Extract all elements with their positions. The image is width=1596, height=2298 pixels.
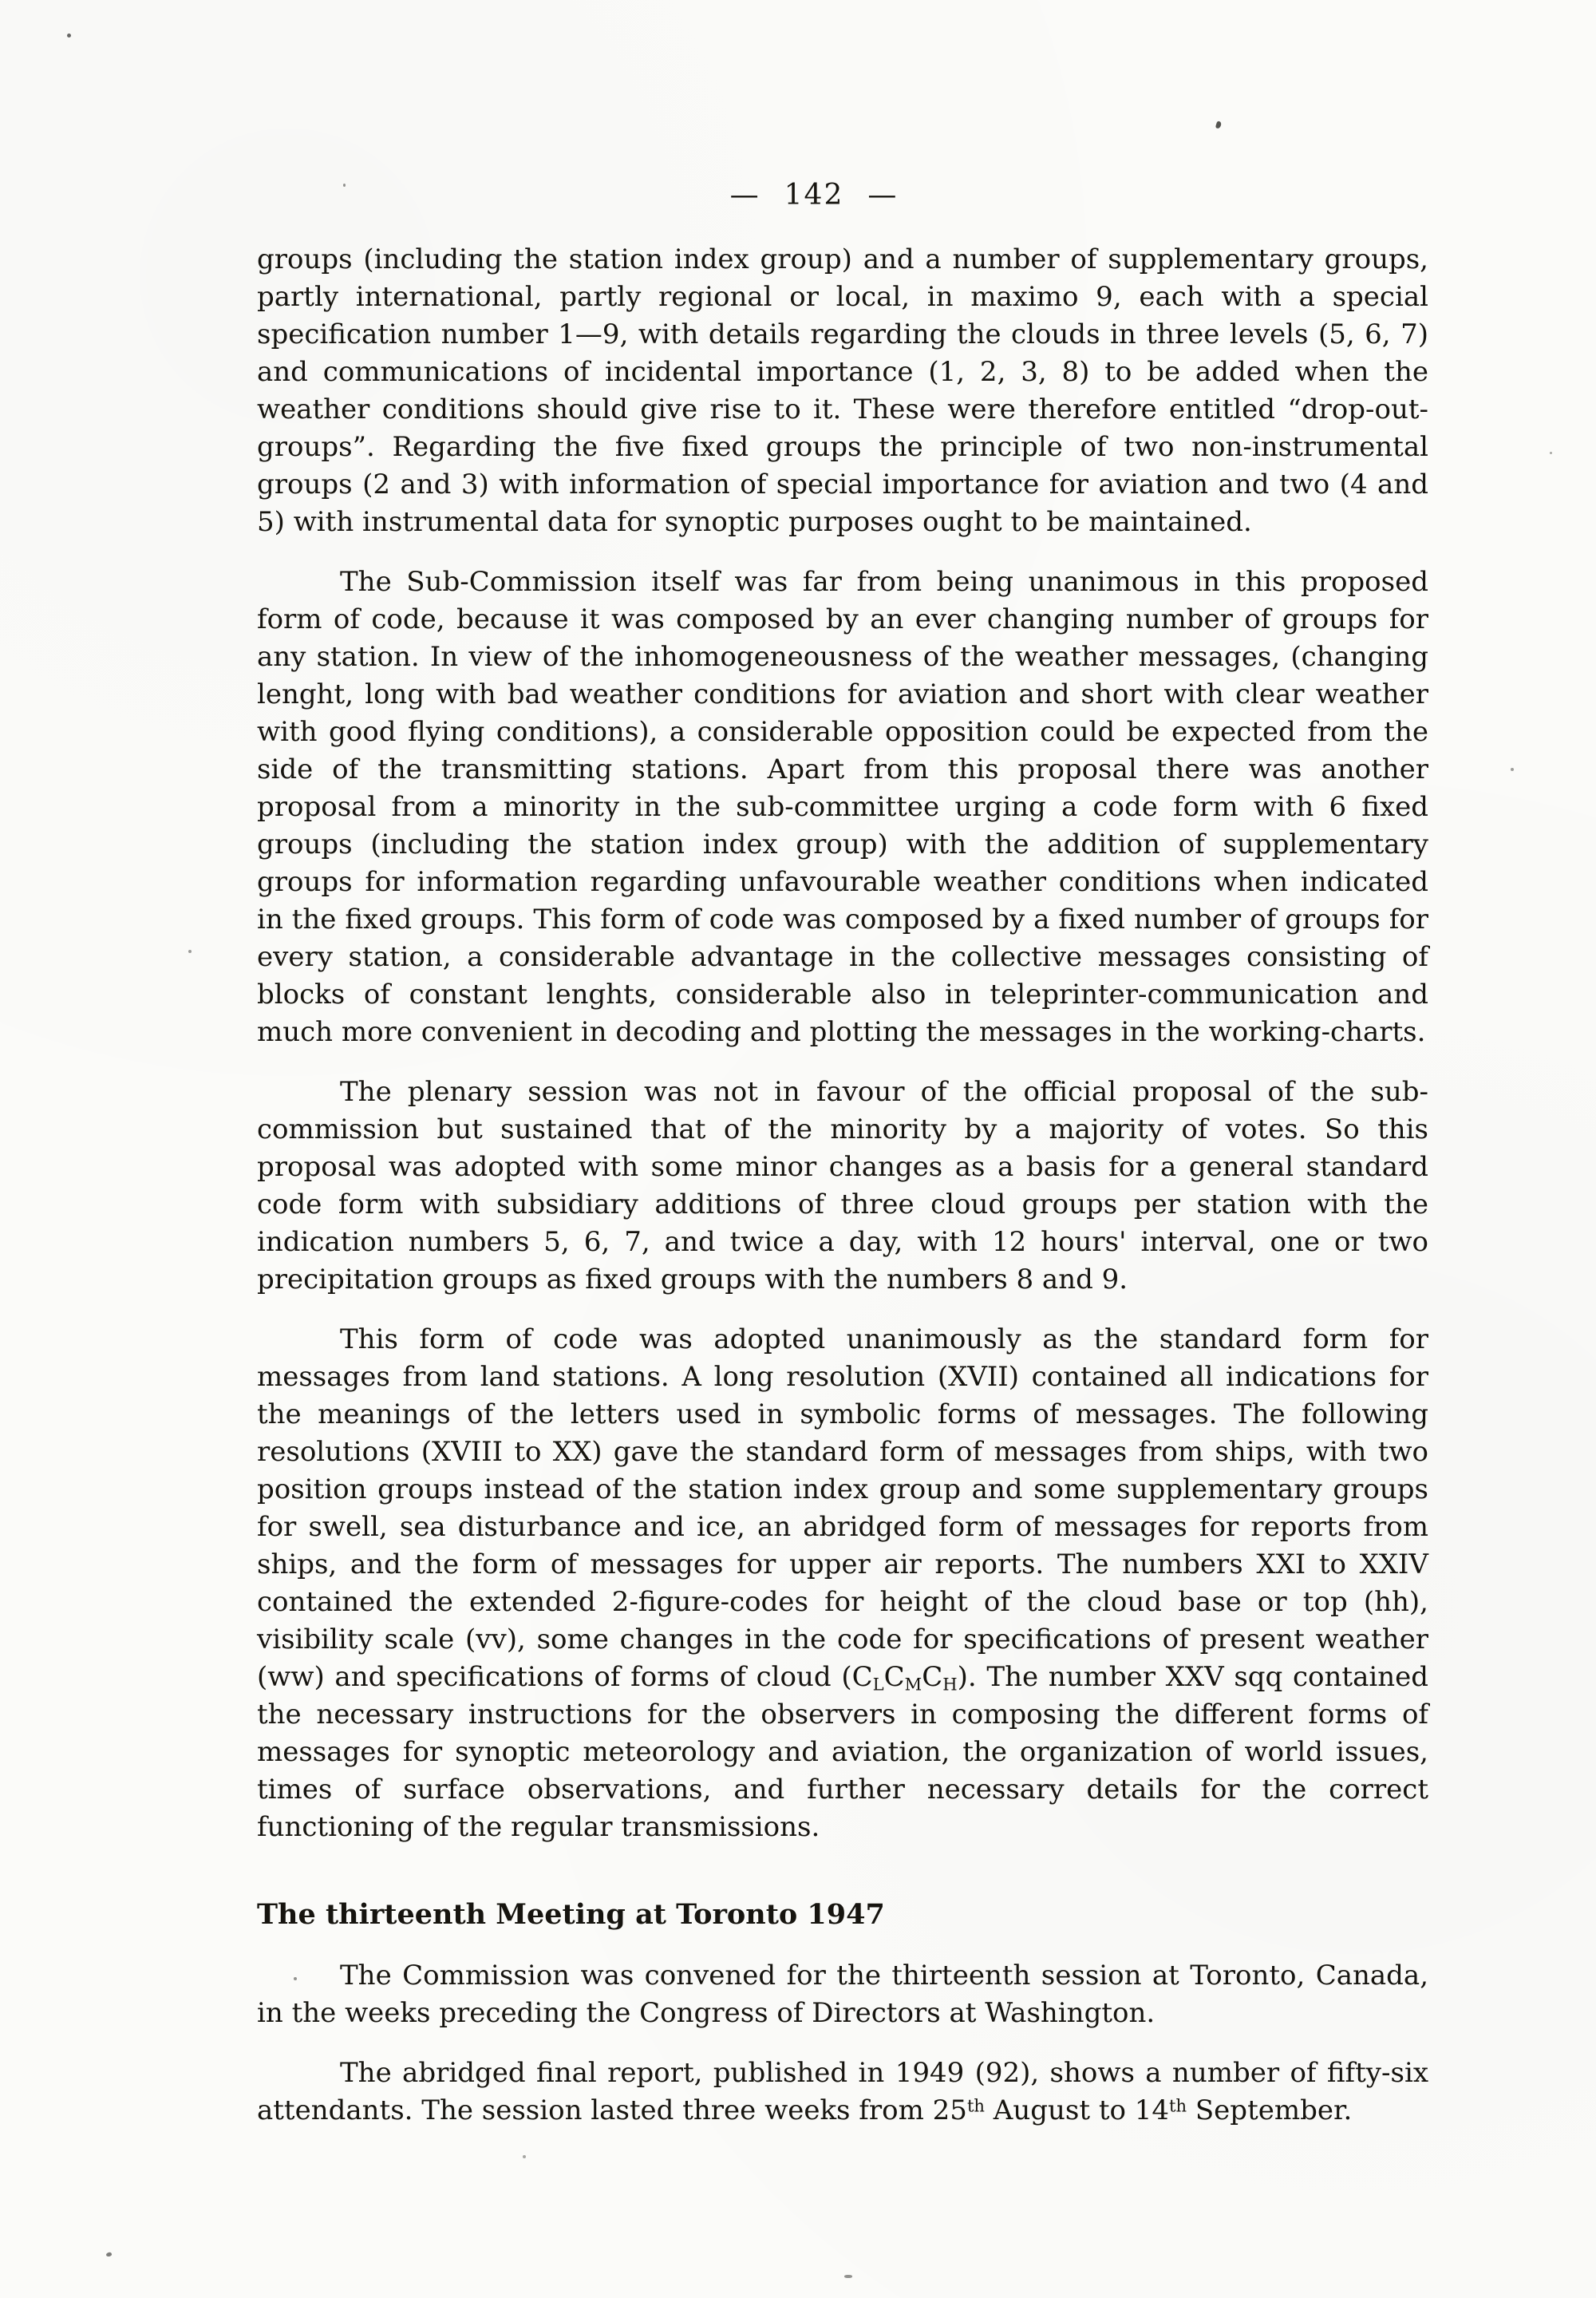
cloud-symbol-c2: C	[884, 1661, 905, 1693]
cloud-symbol-c3: C	[922, 1661, 942, 1693]
date-superscript-14th: th	[1169, 2096, 1187, 2116]
cloud-subscript-H: H	[942, 1674, 957, 1694]
scan-speckle	[67, 34, 71, 38]
date-superscript-25th: th	[967, 2096, 985, 2116]
text-block: groups (including the station index grou…	[257, 241, 1428, 2130]
paragraph-plenary-session: The plenary session was not in favour of…	[257, 1074, 1428, 1299]
scan-speckle	[294, 1977, 297, 1980]
page-number: — 142 —	[255, 179, 1373, 212]
page-number-value: 142	[784, 179, 844, 212]
cloud-subscript-M: M	[905, 1674, 922, 1694]
scan-speckle	[1215, 121, 1222, 129]
section-heading-toronto-1947: The thirteenth Meeting at Toronto 1947	[257, 1896, 1428, 1933]
paragraph-abridged-report-tail: September.	[1187, 2094, 1352, 2126]
paragraph-commission-convened: The Commission was convened for the thir…	[257, 1957, 1428, 2032]
paragraph-sub-commission: The Sub-Commission itself was far from b…	[257, 564, 1428, 1051]
cloud-subscript-L: L	[873, 1674, 884, 1694]
page-number-dash-left: —	[730, 179, 760, 212]
scan-speckle	[523, 2155, 526, 2158]
paragraph-abridged-report: The abridged final report, published in …	[257, 2055, 1428, 2130]
scan-speckle	[1550, 452, 1552, 454]
scan-speckle	[105, 2252, 112, 2257]
page-number-dash-right: —	[867, 179, 898, 212]
paragraph-code-adopted-text: This form of code was adopted unanimousl…	[257, 1323, 1428, 1693]
scan-speckle	[844, 2275, 852, 2278]
scan-speckle	[1511, 768, 1514, 771]
scan-speckle	[188, 950, 192, 953]
paragraph-continuation: groups (including the station index grou…	[257, 241, 1428, 541]
scan-speckle	[343, 184, 346, 187]
scanned-document-page: — 142 — groups (including the station in…	[0, 0, 1596, 2298]
paragraph-abridged-report-mid: August to 14	[985, 2094, 1169, 2126]
paragraph-code-adopted: This form of code was adopted unanimousl…	[257, 1321, 1428, 1846]
